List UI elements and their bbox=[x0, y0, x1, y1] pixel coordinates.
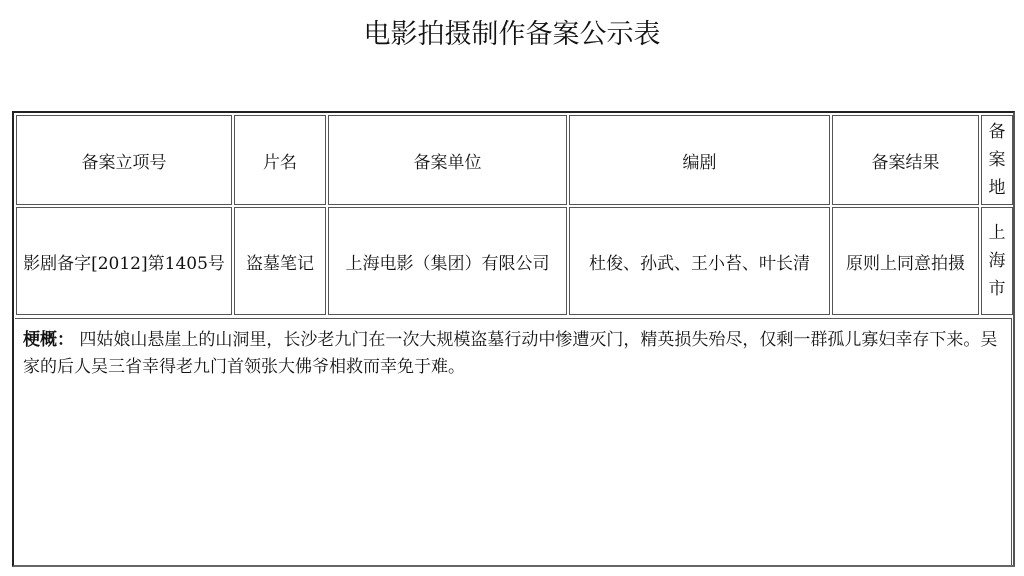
header-record-no: 备案立项号 bbox=[16, 115, 232, 205]
cell-screenwriters: 杜俊、孙武、王小苔、叶长清 bbox=[569, 207, 830, 315]
synopsis-section: 梗概： 四姑娘山悬崖上的山洞里，长沙老九门在一次大规模盗墓行动中惨遭灭门，精英损… bbox=[15, 318, 1012, 565]
header-location-char: 备 bbox=[989, 122, 1006, 142]
header-location: 备 案 地 bbox=[981, 115, 1013, 205]
cell-location-char: 海 bbox=[989, 251, 1006, 271]
cell-result: 原则上同意拍摄 bbox=[832, 207, 979, 315]
header-film-name: 片名 bbox=[234, 115, 326, 205]
header-location-char: 案 bbox=[989, 150, 1006, 170]
synopsis-label: 梗概： bbox=[23, 330, 74, 350]
synopsis-text: 四姑娘山悬崖上的山洞里，长沙老九门在一次大规模盗墓行动中惨遭灭门，精英损失殆尽，… bbox=[23, 330, 997, 377]
cell-location: 上 海 市 bbox=[981, 207, 1013, 315]
cell-location-char: 上 bbox=[989, 223, 1006, 243]
header-row: 备案立项号 片名 备案单位 编剧 备案结果 备 案 地 bbox=[16, 115, 1013, 205]
header-result: 备案结果 bbox=[832, 115, 979, 205]
page-title: 电影拍摄制作备案公示表 bbox=[0, 12, 1024, 51]
cell-location-char: 市 bbox=[989, 279, 1006, 299]
header-location-char: 地 bbox=[989, 178, 1006, 198]
header-screenwriters: 编剧 bbox=[569, 115, 830, 205]
header-filing-unit: 备案单位 bbox=[328, 115, 567, 205]
record-table: 备案立项号 片名 备案单位 编剧 备案结果 备 案 地 影剧备字[2012]第1… bbox=[14, 113, 1015, 317]
cell-filing-unit: 上海电影（集团）有限公司 bbox=[328, 207, 567, 315]
cell-record-no: 影剧备字[2012]第1405号 bbox=[16, 207, 232, 315]
table-row: 影剧备字[2012]第1405号 盗墓笔记 上海电影（集团）有限公司 杜俊、孙武… bbox=[16, 207, 1013, 315]
cell-film-name: 盗墓笔记 bbox=[234, 207, 326, 315]
